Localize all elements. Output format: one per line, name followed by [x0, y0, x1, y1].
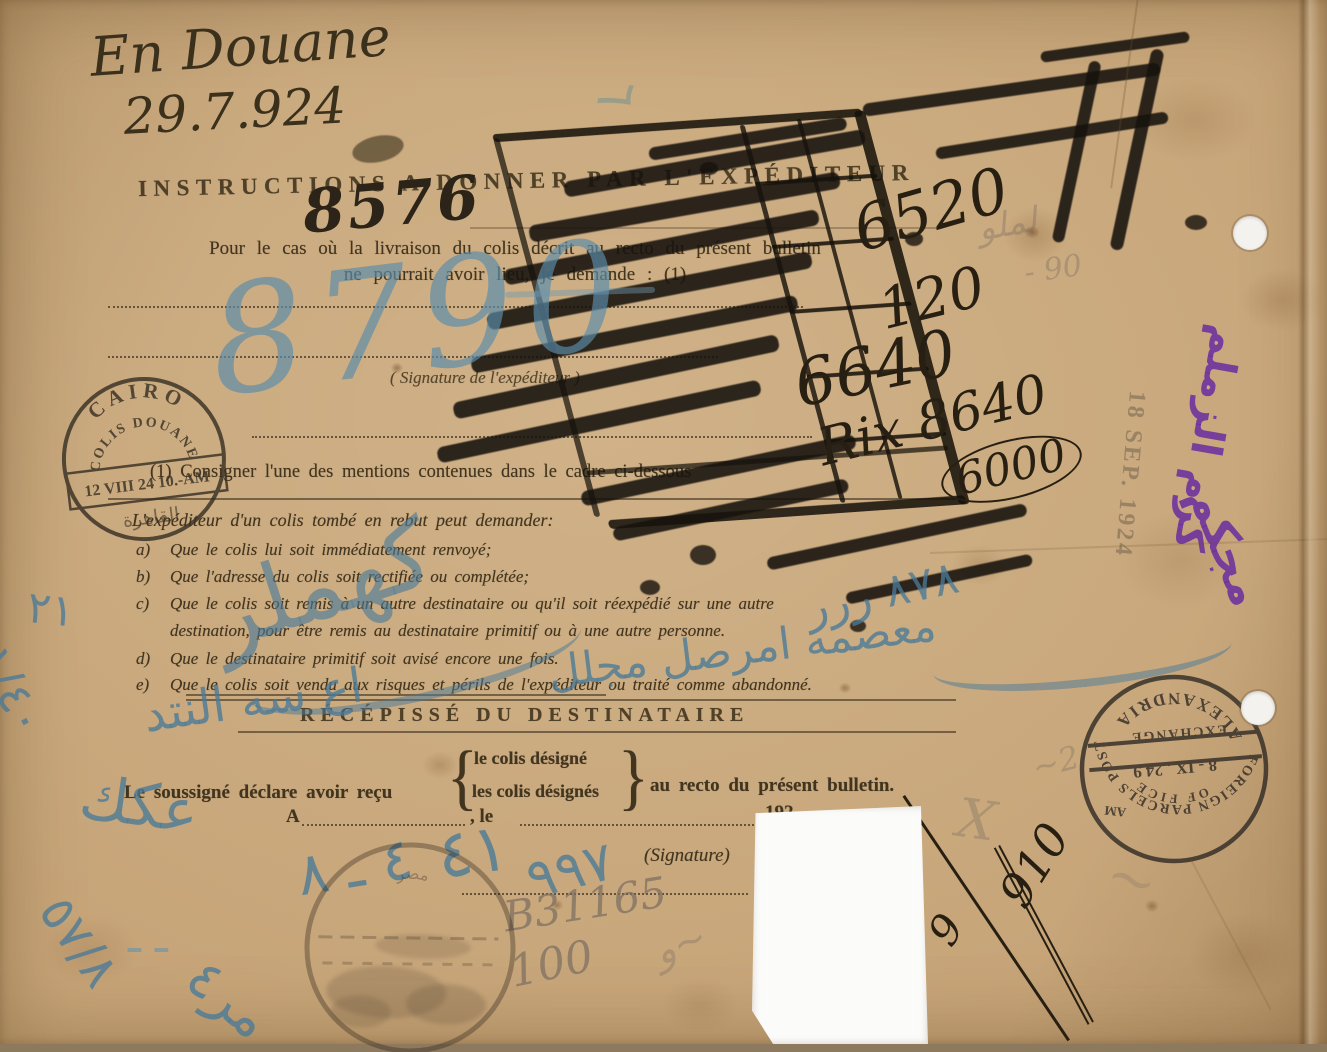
pencil-scribble: لملو: [975, 200, 1040, 250]
cairo-postmark: CAIRO COLIS DOUANE 12 VIII 24 10.-AM الق…: [47, 362, 242, 557]
ink-blob: [700, 162, 718, 175]
receipt-choice-bottom: les colis désignés: [472, 781, 599, 802]
blue-scrawl: عكك: [75, 762, 203, 848]
alexandria-am-text: AM: [1104, 803, 1127, 820]
option-label-d: d): [136, 649, 150, 669]
obliteration-smear: [1040, 31, 1190, 63]
alexandria-exchange-text: EXCHANGE: [1130, 721, 1228, 744]
date-stamp-18-sep-1924: 18 SEP. 1924: [1108, 390, 1150, 560]
handwritten-note-line2: 29.7.924: [122, 76, 347, 146]
alexandria-date-text: 8 - IX . 24 9: [1132, 755, 1217, 781]
ink-blob: [690, 545, 716, 565]
faded-arabic-postmark: مصر: [290, 844, 532, 1044]
receipt-heading-rule: [238, 731, 956, 733]
pencil-minus-90: - 90: [1022, 248, 1084, 291]
faded-arabic-text: مصر: [394, 865, 431, 885]
date-write-in: [520, 824, 758, 826]
ink-blob: [640, 580, 660, 595]
receipt-suffix: au recto du présent bulletin.: [650, 775, 894, 797]
punch-hole-top: [1233, 216, 1267, 250]
postal-bulletin-card: En Douane 29.7.924 INSTRUCTIONS A DONNER…: [0, 0, 1327, 1044]
alexandria-postmark: FOREIGN PARCELS POST OF FICE ALEXANDRIA …: [1058, 653, 1291, 886]
option-label-c: c): [136, 594, 149, 614]
cutout-missing-piece: [752, 806, 928, 1044]
pencil-x-mark: X: [953, 786, 1000, 854]
ink-smudge: [350, 131, 406, 167]
handwritten-note-line1: En Douane: [88, 5, 393, 89]
blue-scrawl: مر٤: [174, 945, 284, 1044]
teal-mark: ٦: [584, 76, 648, 114]
place-label: A: [286, 806, 300, 828]
recipient-signature-caption: (Signature): [644, 845, 730, 867]
ink-blob: [1185, 215, 1207, 230]
blue-scrawl: ٥٧/٨: [27, 885, 130, 998]
svg-text:مصر: مصر: [394, 865, 431, 885]
blue-scrawl: ١/٤٠: [0, 636, 58, 745]
blue-scrawl: ٢١: [25, 582, 77, 638]
ink-number-9: 9: [918, 905, 974, 954]
cairo-arabic-text: القاهرة: [122, 504, 181, 532]
obliteration-smear: [862, 62, 1161, 117]
pencil-squiggle: و~: [648, 914, 713, 975]
option-label-b: b): [136, 567, 150, 587]
blue-dashes: ـ ـ: [128, 912, 168, 963]
punch-hole-middle: [1241, 691, 1275, 725]
card-right-edge: [1298, 0, 1327, 1044]
brace-right: }: [618, 734, 649, 819]
receipt-choice-top: le colis désigné: [474, 748, 587, 769]
